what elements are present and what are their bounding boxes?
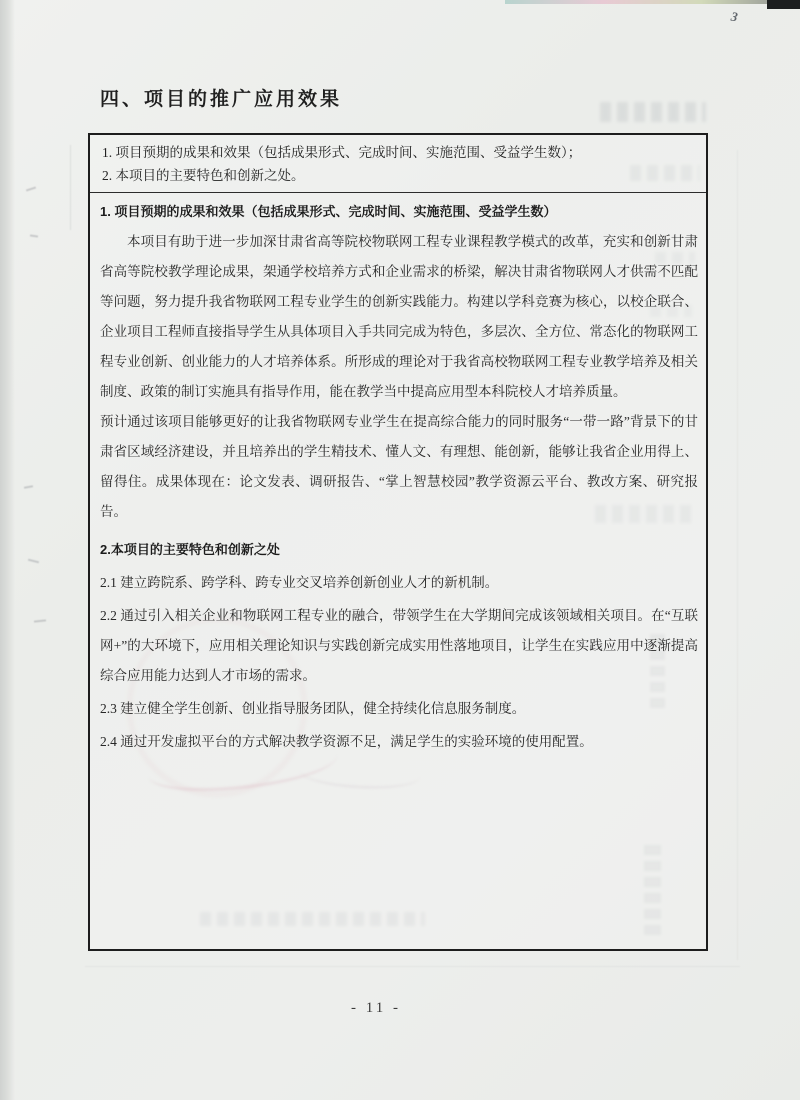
scan-top-color-strip [505, 0, 800, 4]
bleedthrough-line [737, 150, 738, 960]
section2-item-4: 2.4 通过开发虚拟平台的方式解决教学资源不足，满足学生的实验环境的使用配置。 [100, 727, 698, 757]
bleedthrough-line [85, 966, 740, 967]
scan-speck [30, 234, 38, 237]
section2-heading: 2.本项目的主要特色和创新之处 [100, 535, 698, 565]
bleedthrough-heading [600, 102, 706, 122]
scan-speck [28, 559, 39, 564]
instruction-line-1: 1. 项目预期的成果和效果（包括成果形式、完成时间、实施范围、受益学生数）； [102, 141, 696, 164]
scan-speck [34, 619, 46, 622]
bleedthrough-line [70, 145, 71, 230]
scan-speck [26, 187, 36, 192]
section1-paragraph-2: 预计通过该项目能够更好的让我省物联网专业学生在提高综合能力的同时服务“一带一路”… [100, 407, 698, 527]
section1-paragraph-1: 本项目有助于进一步加深甘肃省高等院校物联网工程专业课程教学模式的改革，充实和创新… [100, 227, 698, 407]
form-content: 1. 项目预期的成果和效果（包括成果形式、完成时间、实施范围、受益学生数） 本项… [90, 193, 706, 757]
section2-item-1: 2.1 建立跨院系、跨学科、跨专业交叉培养创新创业人才的新机制。 [100, 568, 698, 598]
instruction-line-2: 2. 本项目的主要特色和创新之处。 [102, 164, 696, 187]
form-box: 1. 项目预期的成果和效果（包括成果形式、完成时间、实施范围、受益学生数）； 2… [88, 133, 708, 951]
scan-speck [24, 485, 33, 489]
section-title: 四、项目的推广应用效果 [100, 84, 342, 111]
section2-item-2: 2.2 通过引入相关企业和物联网工程专业的融合，带领学生在大学期间完成该领域相关… [100, 601, 698, 691]
scan-corner-black-block [767, 0, 800, 9]
section1-heading: 1. 项目预期的成果和效果（包括成果形式、完成时间、实施范围、受益学生数） [100, 197, 698, 227]
page-number: - 11 - [0, 1000, 752, 1017]
scan-edge-shadow [0, 0, 15, 1100]
section2-item-3: 2.3 建立健全学生创新、创业指导服务团队，健全持续化信息服务制度。 [100, 694, 698, 724]
form-instructions: 1. 项目预期的成果和效果（包括成果形式、完成时间、实施范围、受益学生数）； 2… [90, 135, 706, 193]
handwritten-corner-mark: 3 [730, 9, 739, 26]
